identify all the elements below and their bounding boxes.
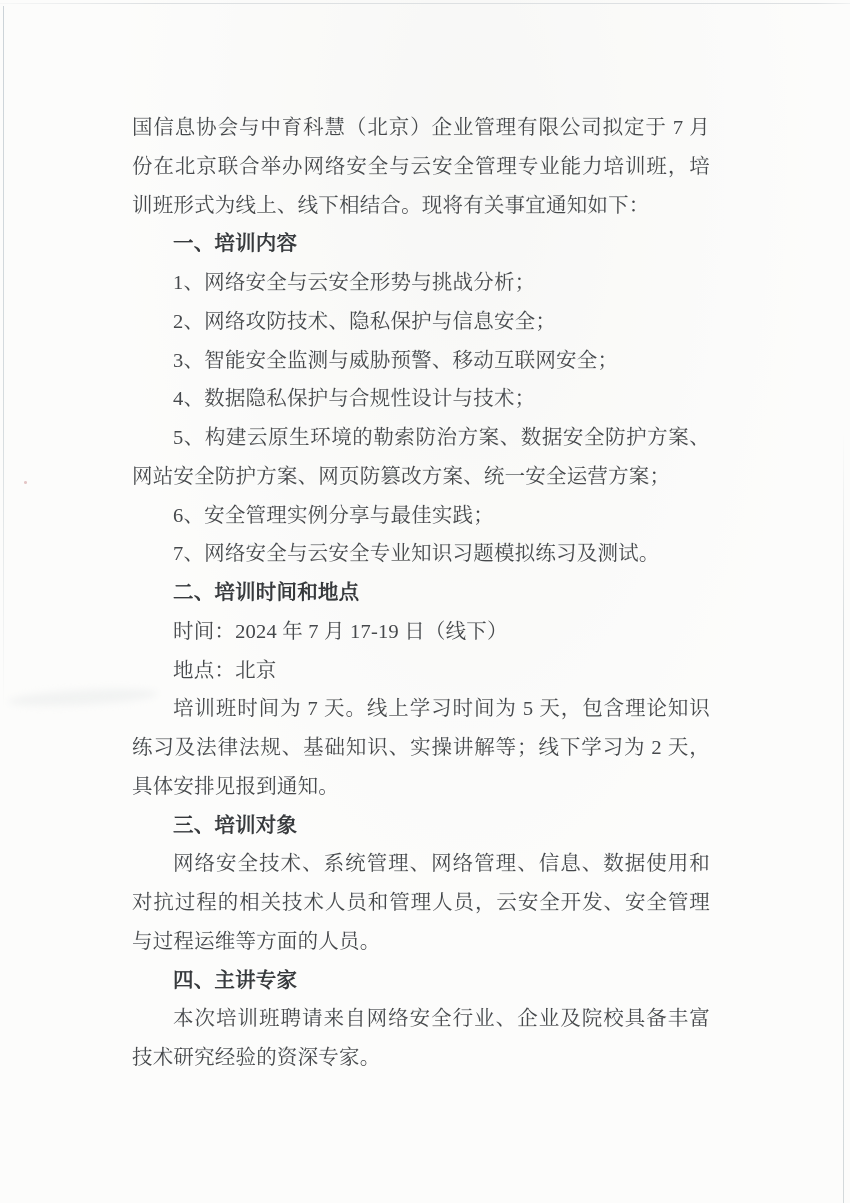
scan-left-edge-line xyxy=(3,6,4,711)
lecturers-paragraph: 本次培训班聘请来自网络安全行业、企业及院校具备丰富技术研究经验的资深专家。 xyxy=(132,1000,710,1078)
scan-top-edge-line xyxy=(0,3,850,4)
training-content-item-6: 6、安全管理实例分享与最佳实践； xyxy=(132,497,710,536)
training-content-item-7: 7、网络安全与云安全专业知识习题模拟练习及测试。 xyxy=(132,535,710,574)
training-audience-paragraph: 网络安全技术、系统管理、网络管理、信息、数据使用和对抗过程的相关技术人员和管理人… xyxy=(132,845,710,961)
training-content-item-5: 5、构建云原生环境的勒索防治方案、数据安全防护方案、网站安全防护方案、网页防篡改… xyxy=(132,419,710,497)
training-place-line: 地点：北京 xyxy=(132,652,710,691)
scan-dust-speck xyxy=(24,481,27,484)
training-content-item-1: 1、网络安全与云安全形势与挑战分析； xyxy=(132,264,710,303)
training-content-item-3: 3、智能安全监测与威胁预警、移动互联网安全； xyxy=(132,342,710,381)
training-schedule-paragraph: 培训班时间为 7 天。线上学习时间为 5 天，包含理论知识练习及法律法规、基础知… xyxy=(132,690,710,806)
section-2-heading: 二、培训时间和地点 xyxy=(132,574,710,613)
training-content-item-2: 2、网络攻防技术、隐私保护与信息安全； xyxy=(132,303,710,342)
training-content-item-4: 4、数据隐私保护与合规性设计与技术； xyxy=(132,380,710,419)
scanned-document-page: 国信息协会与中育科慧（北京）企业管理有限公司拟定于 7 月份在北京联合举办网络安… xyxy=(0,0,850,1203)
intro-paragraph: 国信息协会与中育科慧（北京）企业管理有限公司拟定于 7 月份在北京联合举办网络安… xyxy=(132,109,710,225)
document-body: 国信息协会与中育科慧（北京）企业管理有限公司拟定于 7 月份在北京联合举办网络安… xyxy=(132,109,710,1078)
section-1-heading: 一、培训内容 xyxy=(132,225,710,264)
section-4-heading: 四、主讲专家 xyxy=(132,962,710,1001)
section-3-heading: 三、培训对象 xyxy=(132,807,710,846)
training-time-line: 时间：2024 年 7 月 17-19 日（线下） xyxy=(132,613,710,652)
scan-right-edge-line xyxy=(843,432,844,1203)
